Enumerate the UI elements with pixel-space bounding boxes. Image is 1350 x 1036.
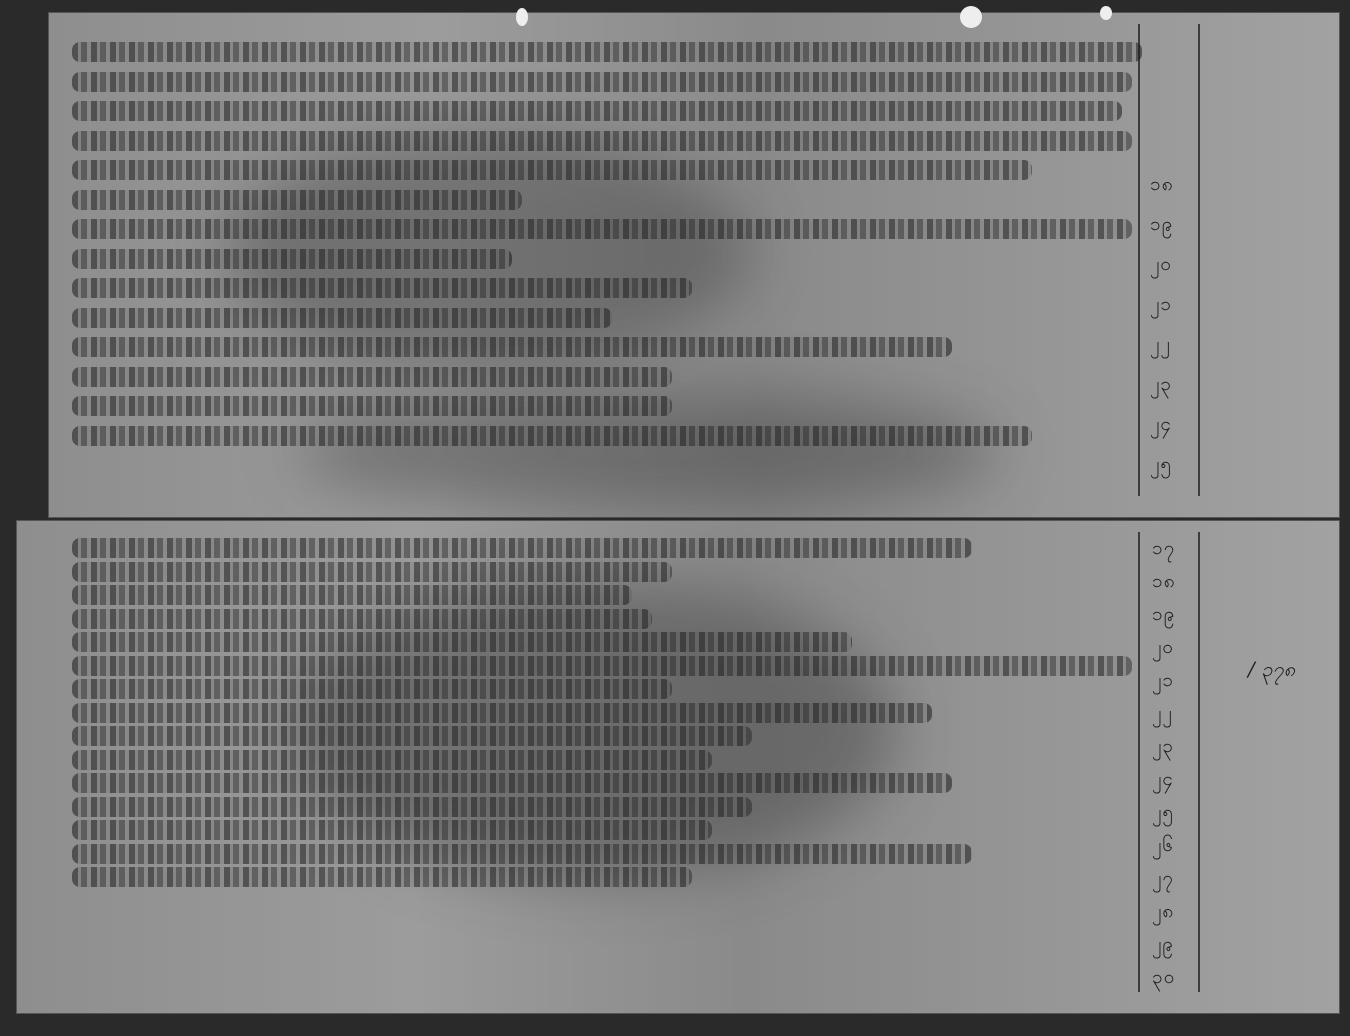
- margin-number: ၂၁: [1150, 292, 1172, 320]
- page-damage: [516, 8, 528, 26]
- margin-number: ၁၇: [1152, 536, 1175, 564]
- handwritten-line: [72, 308, 612, 328]
- margin-number: ၁၈: [1152, 569, 1176, 597]
- handwritten-line: [72, 426, 1032, 446]
- upper-folio: ၁၈၁၉၂၀၂၁၂၂၂၃၂၄၂၅: [48, 12, 1340, 518]
- margin-number: ၂၂: [1150, 332, 1171, 360]
- handwritten-line: [72, 190, 522, 210]
- handwritten-line: [72, 367, 672, 387]
- margin-number: ၂၇: [1152, 866, 1174, 894]
- margin-number: ၂၀: [1150, 252, 1172, 280]
- handwritten-line: [72, 219, 1132, 239]
- margin-rule: [1138, 532, 1140, 992]
- handwritten-line: [72, 160, 1032, 180]
- lower-folio: ၁၇၁၈၁၉၂၀၂၁၂၂၂၃၂၄၂၅၂၆၂၇၂၈၂၉၃၀: [16, 520, 1340, 1014]
- margin-number: ၂၄: [1150, 412, 1172, 440]
- margin-number: ၂၀: [1152, 635, 1174, 663]
- side-note: / ၃၇၈: [1248, 656, 1295, 686]
- handwritten-line: [72, 844, 972, 864]
- margin-number: ၁၉: [1150, 212, 1173, 240]
- handwritten-line: [72, 249, 512, 269]
- handwritten-line: [72, 656, 1132, 676]
- handwritten-line: [72, 337, 952, 357]
- handwritten-line: [72, 867, 692, 887]
- margin-number: ၂၃: [1150, 372, 1172, 400]
- margin-number: ၂၁: [1152, 668, 1174, 696]
- page-damage: [960, 6, 982, 28]
- handwritten-line: [72, 797, 752, 817]
- handwritten-line: [72, 538, 972, 558]
- margin-number: ၂၂: [1152, 701, 1173, 729]
- handwritten-line: [72, 42, 1142, 62]
- handwritten-line: [72, 72, 1132, 92]
- margin-number: ၂၉: [1152, 932, 1174, 960]
- handwritten-line: [72, 820, 712, 840]
- margin-number: ၁၈: [1150, 172, 1174, 200]
- margin-number: ၂၅: [1150, 452, 1172, 480]
- handwritten-line: [72, 131, 1132, 151]
- margin-number: ၂၄: [1152, 767, 1174, 795]
- margin-rule: [1138, 24, 1140, 496]
- margin-number: ၂၈: [1152, 899, 1174, 927]
- handwritten-line: [72, 101, 1122, 121]
- margin-number: ၂၅: [1152, 800, 1174, 828]
- handwritten-line: [72, 585, 632, 605]
- handwritten-line: [72, 750, 712, 770]
- handwritten-line: [72, 632, 852, 652]
- page-damage: [1100, 6, 1112, 20]
- handwritten-line: [72, 703, 932, 723]
- handwritten-line: [72, 773, 952, 793]
- margin-rule: [1198, 24, 1200, 496]
- margin-number: ၂၆: [1152, 833, 1174, 861]
- margin-number: ၁၉: [1152, 602, 1175, 630]
- handwritten-line: [72, 679, 672, 699]
- manuscript-photo: ၁၈၁၉၂၀၂၁၂၂၂၃၂၄၂၅ ၁၇၁၈၁၉၂၀၂၁၂၂၂၃၂၄၂၅၂၆၂၇၂…: [0, 0, 1350, 1036]
- handwritten-line: [72, 609, 652, 629]
- margin-number: ၂၃: [1152, 734, 1174, 762]
- handwritten-line: [72, 726, 752, 746]
- handwritten-line: [72, 278, 692, 298]
- margin-number: ၃၀: [1152, 965, 1175, 993]
- handwritten-line: [72, 396, 672, 416]
- margin-rule: [1198, 532, 1200, 992]
- handwritten-line: [72, 562, 672, 582]
